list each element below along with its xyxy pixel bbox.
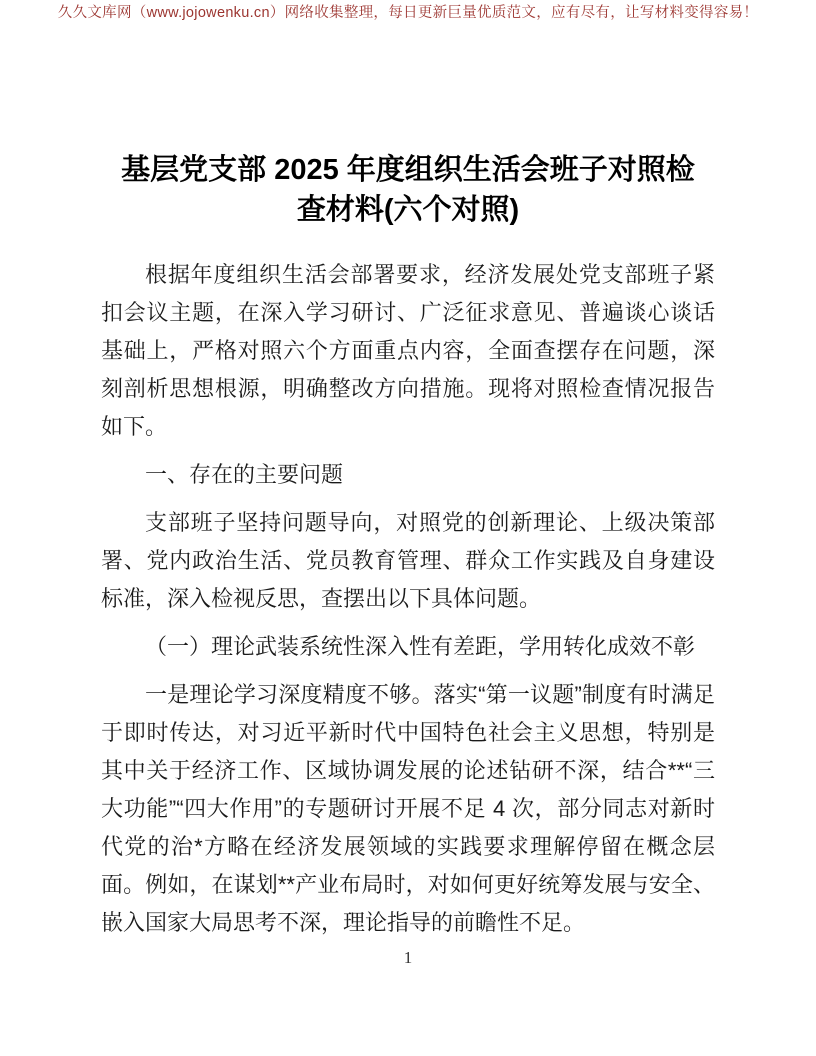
- document-title-line2: 查材料(六个对照): [297, 194, 519, 226]
- document-title-line1: 基层党支部 2025 年度组织生活会班子对照检: [121, 154, 695, 186]
- page-number: 1: [0, 948, 816, 968]
- site-watermark-header: 久久文库网（www.jojowenku.cn）网络收集整理，每日更新巨量优质范文…: [0, 3, 816, 23]
- subsection-1-paragraph-1: 一是理论学习深度精度不够。落实“第一议题”制度有时满足于即时传达，对习近平新时代…: [101, 676, 715, 942]
- section-1-heading: 一、存在的主要问题: [101, 456, 715, 494]
- document-content: 基层党支部 2025 年度组织生活会班子对照检查材料(六个对照) 根据年度组织生…: [0, 0, 816, 942]
- intro-paragraph: 根据年度组织生活会部署要求，经济发展处党支部班子紧扣会议主题，在深入学习研讨、广…: [101, 256, 715, 446]
- subsection-1-heading: （一）理论武装系统性深入性有差距，学用转化成效不彰: [101, 628, 715, 666]
- document-title: 基层党支部 2025 年度组织生活会班子对照检查材料(六个对照): [101, 150, 715, 230]
- document-page: 久久文库网（www.jojowenku.cn）网络收集整理，每日更新巨量优质范文…: [0, 0, 816, 1056]
- section-1-intro-paragraph: 支部班子坚持问题导向，对照党的创新理论、上级决策部署、党内政治生活、党员教育管理…: [101, 504, 715, 618]
